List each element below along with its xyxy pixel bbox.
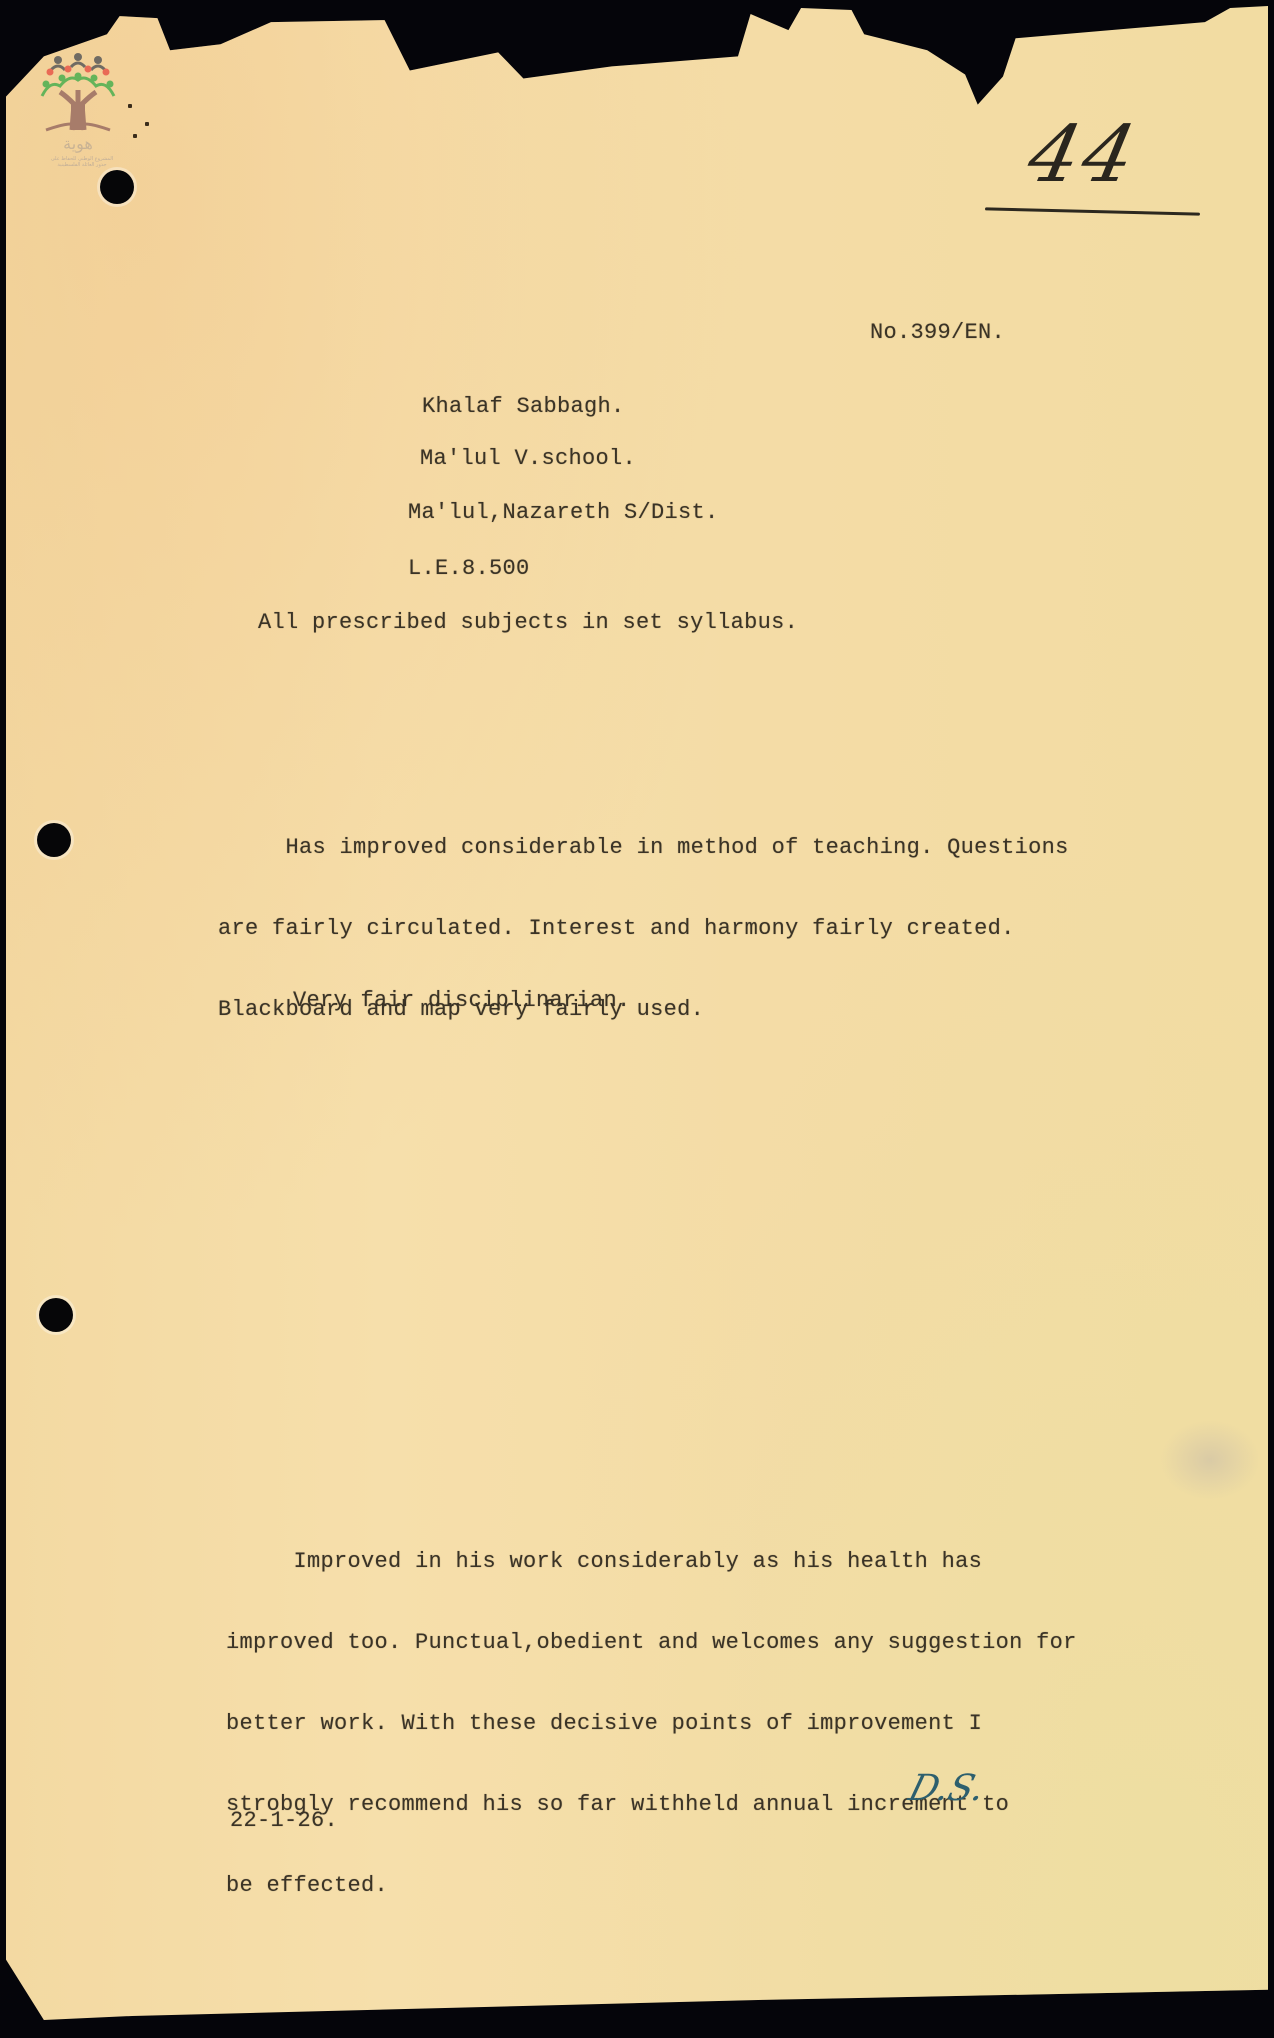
recipient-location: Ma'lul,Nazareth S/Dist.	[408, 500, 719, 525]
document-date: 22-1-26.	[230, 1808, 338, 1833]
reference-number: No.399/EN.	[870, 320, 1005, 345]
subjects-line: All prescribed subjects in set syllabus.	[258, 610, 798, 635]
discipline-remarks: Very fair disciplinarian.	[293, 988, 631, 1013]
punch-hole	[37, 823, 71, 857]
punch-hole	[39, 1298, 73, 1332]
recipient-salary: L.E.8.500	[408, 556, 530, 581]
paper-speck	[145, 122, 149, 126]
handwritten-initials: D.S.	[905, 1768, 990, 1809]
family-tree-logo-icon	[38, 52, 118, 132]
paper-speck	[128, 104, 132, 108]
watermark-caption: المشروع الوطني للحفاظ على جذور العائلة ا…	[32, 156, 132, 168]
paper-smudge	[1160, 1420, 1260, 1500]
recipient-name: Khalaf Sabbagh.	[422, 394, 625, 419]
watermark-logo: هوية المشروع الوطني للحفاظ على جذور العا…	[38, 52, 118, 182]
paper-speck	[133, 134, 137, 138]
punch-hole	[100, 170, 134, 204]
recipient-school: Ma'lul V.school.	[420, 446, 636, 471]
general-remarks: Improved in his work considerably as his…	[226, 1494, 1077, 1926]
watermark-brand: هوية	[38, 134, 118, 153]
handwritten-page-number: 44	[1020, 110, 1146, 200]
